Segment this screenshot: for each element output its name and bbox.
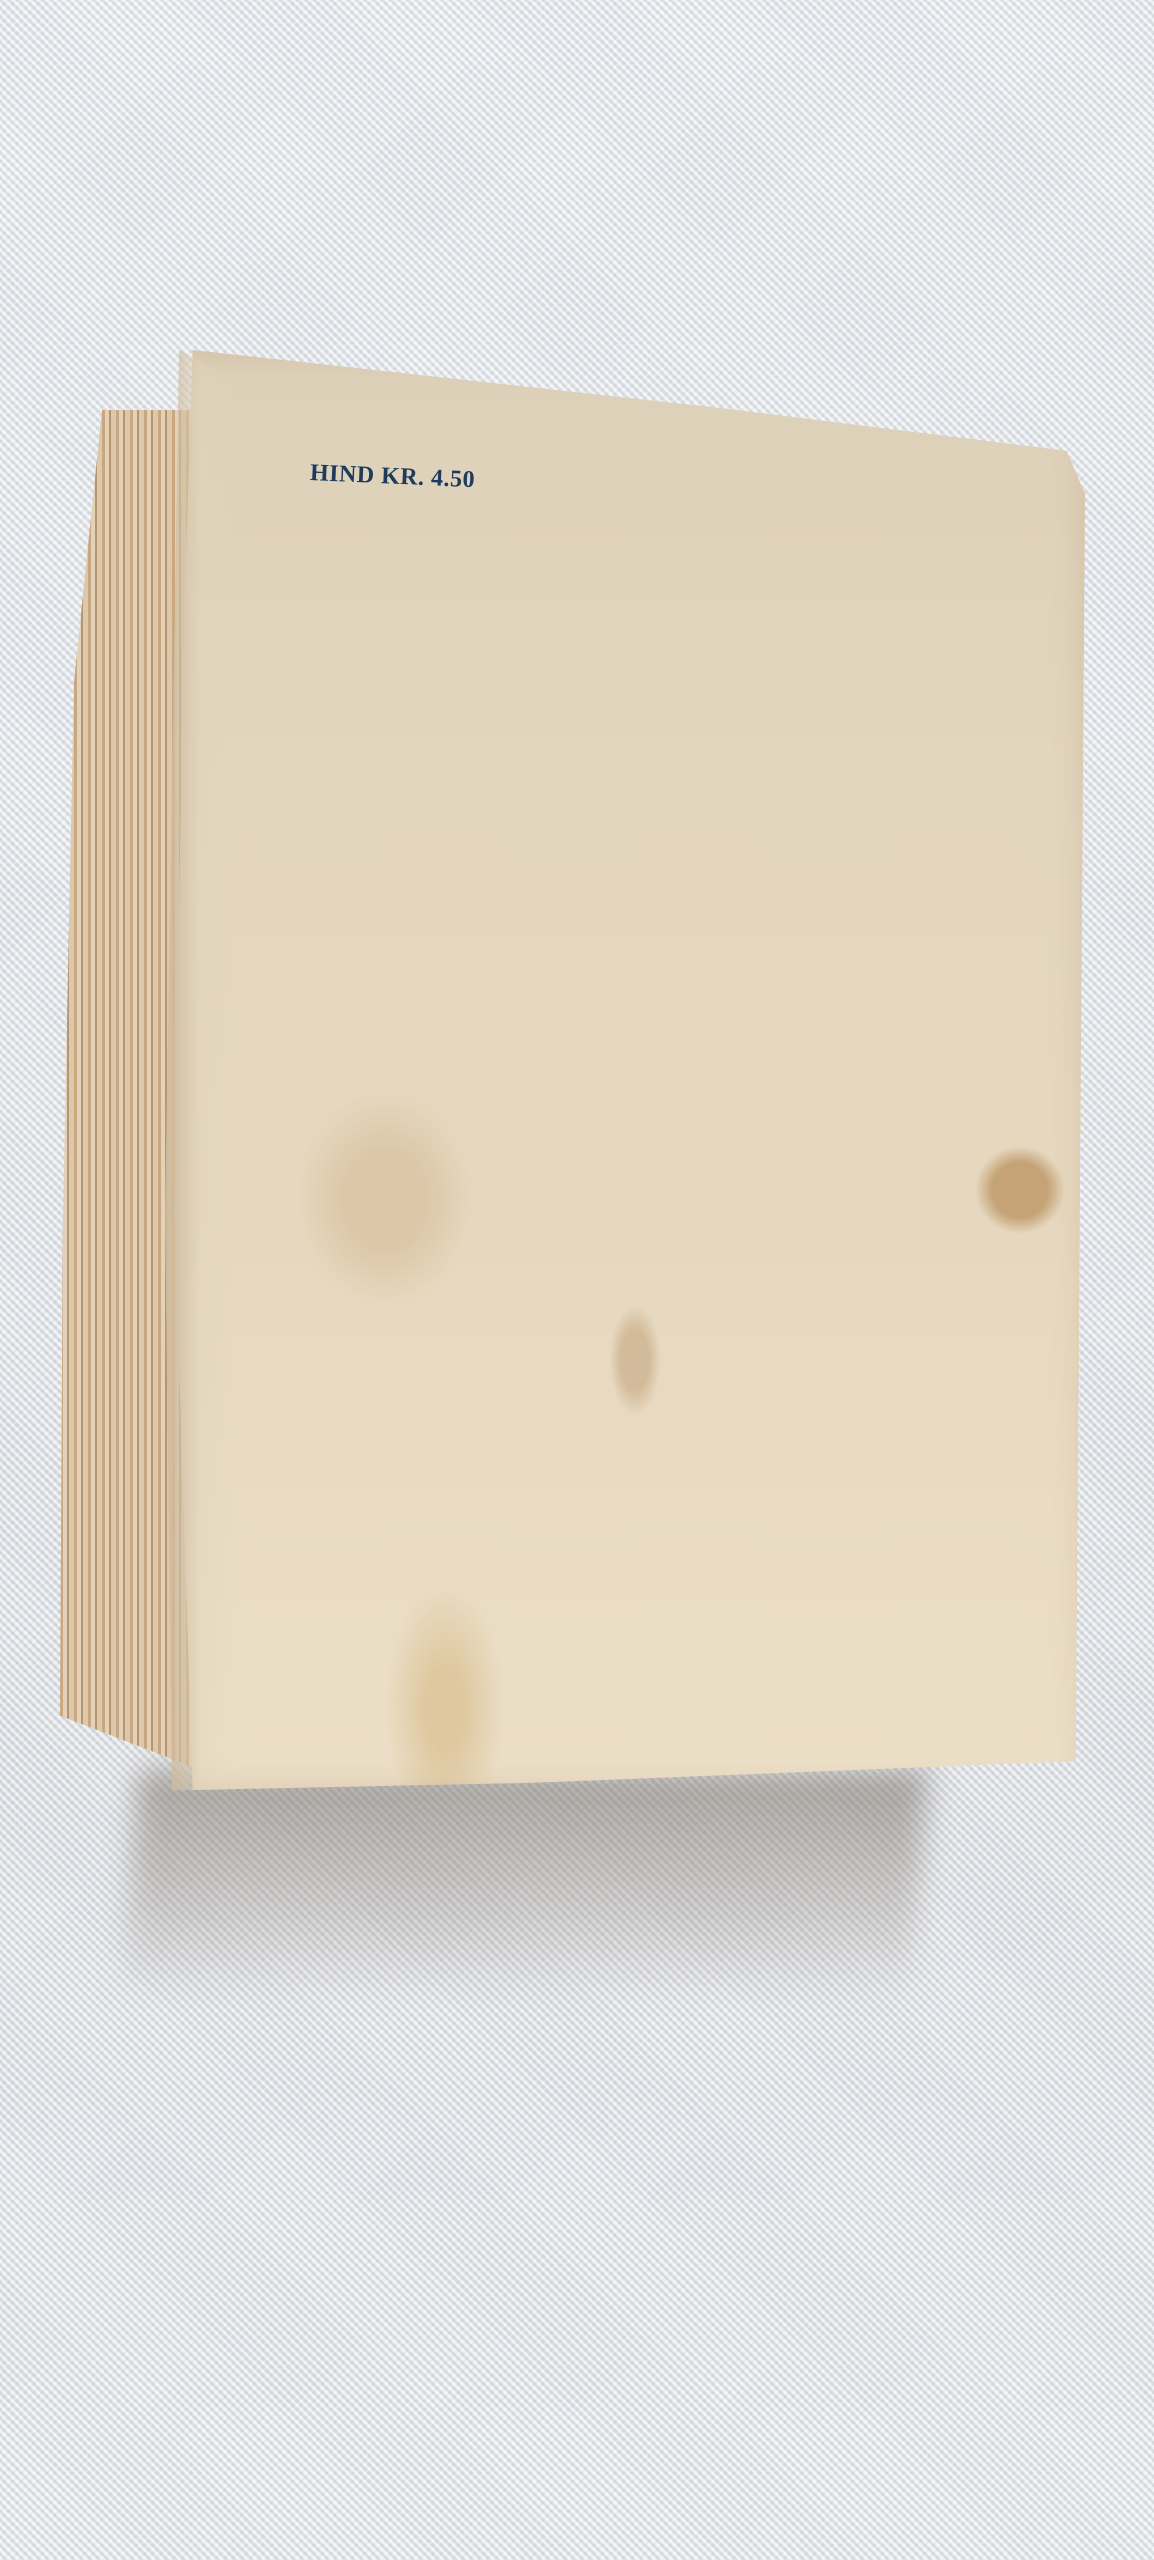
book-back-cover bbox=[165, 350, 1085, 1790]
book bbox=[60, 350, 1040, 1810]
book-spine-edge bbox=[165, 350, 235, 1790]
